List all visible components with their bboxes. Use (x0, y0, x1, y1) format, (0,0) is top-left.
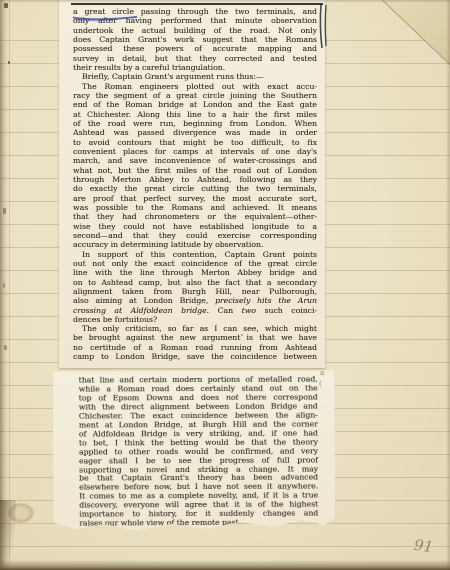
text-line: crossing at Aldfoldean bridge. Can two s… (73, 306, 317, 315)
text-line: convenient places for camps at intervals… (73, 147, 317, 156)
page-crease (9, 0, 10, 570)
text-line: of the road were run, beginning from Lon… (73, 119, 317, 128)
text-line: racy the segment of a great circle joini… (73, 91, 317, 100)
text-line: that they had chronometers or the equiva… (73, 212, 317, 221)
text-line: at Chichester. Along this line to a hair… (73, 110, 317, 119)
text-line: dences be fortuitous? (73, 315, 317, 324)
scrapbook-page: a great circle passing through the two t… (0, 0, 450, 570)
margin-pen-marks (316, 2, 332, 52)
text-line: The Roman engineers plotted out with exa… (73, 82, 317, 91)
text-line: camp to London Bridge, save the coincide… (73, 352, 317, 361)
clipping-top-text: a great circle passing through the two t… (73, 7, 317, 361)
text-line: also aiming at London Bridge, precisely … (73, 296, 317, 305)
text-line: what not, but the first miles of the roa… (73, 166, 317, 175)
page-edge-top (0, 0, 450, 3)
text-line: line with the line through Merton Abbey … (73, 268, 317, 277)
text-line: Briefly, Captain Grant's argument runs t… (73, 72, 317, 81)
text-line: In support of this contention, Captain G… (73, 250, 317, 259)
text-line: no certitude of a Roman road running fro… (73, 343, 317, 352)
text-line: end of the Roman bridge at London and th… (73, 100, 317, 109)
text-line: The only criticism, so far as I can see,… (73, 324, 317, 333)
page-edge-left (0, 0, 8, 570)
stray-print-fragment: ( (319, 381, 322, 388)
text-line: march, and save inconvenience of water-c… (73, 156, 317, 165)
text-line: out not only the exact coincidence of th… (73, 259, 317, 268)
text-line: survey in detail, but that they correcte… (73, 54, 317, 63)
text-line: do exactly the great circle cutting the … (73, 184, 317, 193)
stray-print-fragment: a (320, 370, 324, 377)
blue-ink-underline (71, 13, 143, 23)
text-line: accuracy in determining latitude by obse… (73, 240, 317, 249)
page-number: 91 (413, 536, 434, 556)
text-line: Ashtead was passed divergence was made i… (73, 128, 317, 137)
clipping-top-rule (71, 3, 323, 5)
text-line: second—and that they could exercise corr… (73, 231, 317, 240)
text-line: through Merton Abbey to Ashtead, followi… (73, 175, 317, 184)
text-line: on to Ashtead camp, but also the fact th… (73, 278, 317, 287)
text-line: their results by a careful triangulation… (73, 63, 317, 72)
text-line: are proof that perfect survey, the most … (73, 194, 317, 203)
text-line: alignment taken from Burgh Hill, near Pu… (73, 287, 317, 296)
text-line: was possible to the Romans and achieved.… (73, 203, 317, 212)
page-edge-bottom (0, 560, 450, 570)
newspaper-clipping-bottom: that line and certain modern portions of… (53, 370, 336, 537)
newspaper-clipping-top: a great circle passing through the two t… (59, 0, 325, 368)
text-line: wise they could not have established lon… (73, 222, 317, 231)
text-line: undertook the actual building of the roa… (73, 26, 317, 35)
text-line: to avoid contours that might be too diff… (73, 138, 317, 147)
page-edge-right (446, 0, 450, 570)
ink-speck (241, 334, 243, 336)
text-line: does Captain Grant's work suggest that t… (73, 35, 317, 44)
text-line: possessed these powers of accurate mappi… (73, 44, 317, 53)
clipping-bottom-text: that line and certain modern portions of… (79, 375, 319, 528)
text-line: be brought against the new argument is t… (73, 333, 317, 342)
